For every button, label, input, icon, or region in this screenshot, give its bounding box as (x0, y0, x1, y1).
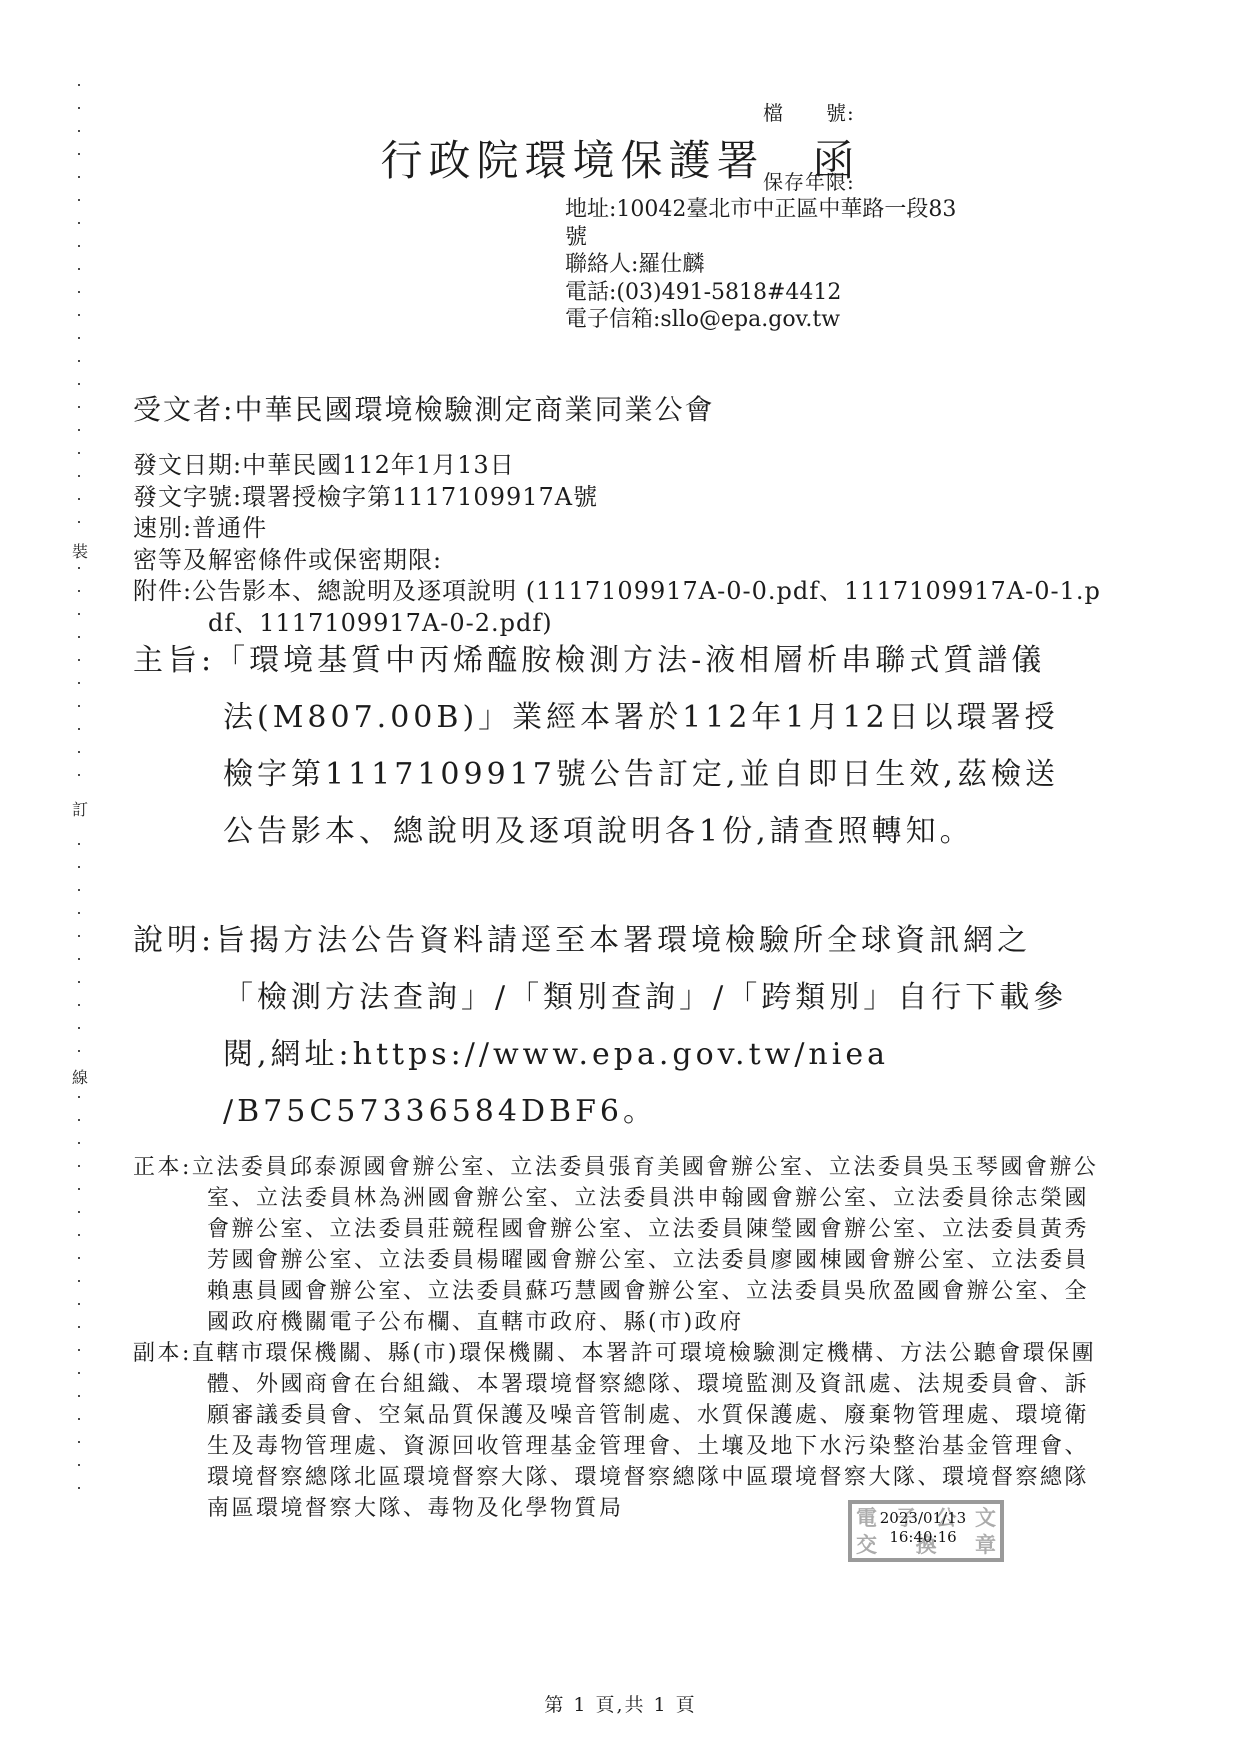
recipient-label: 受文者: (133, 393, 234, 426)
carbon-copy-recipients: 副本:直轄市環保機關、縣(市)環保機關、本署許可環境檢驗測定機構、方法公聽會環保… (133, 1338, 1108, 1524)
stamp-time: 16:40:16 (852, 1528, 994, 1547)
sender-phone: 電話:(03)491-5818#4412 (565, 279, 965, 307)
subject-label: 主旨: (133, 643, 215, 678)
electronic-exchange-stamp: 電子公文 交換章 2023/01/13 16:40:16 (848, 1500, 1004, 1562)
binding-mark-ding: 訂 (66, 792, 94, 825)
copies-block: 正本:立法委員邱泰源國會辦公室、立法委員張育美國會辦公室、立法委員吳玉琴國會辦公… (133, 1152, 1108, 1524)
explanation-text: 旨揭方法公告資料請逕至本署環境檢驗所全球資訊網之「檢測方法查詢」/「類別查詢」/… (215, 923, 1067, 1129)
attachment-label: 附件: (133, 577, 192, 605)
explanation-paragraph: 說明:旨揭方法公告資料請逕至本署環境檢驗所全球資訊網之「檢測方法查詢」/「類別查… (133, 912, 1078, 1140)
binding-mark-xian: 線 (66, 1060, 94, 1093)
security-class-line: 密等及解密條件或保密期限: (133, 545, 1113, 577)
recipient-line: 受文者:中華民國環境檢驗測定商業同業公會 (133, 388, 714, 428)
official-letter-page: 裝 訂 線 檔 號: 保存年限: 行政院環境保護署 函 地址:10042臺北市中… (0, 0, 1241, 1754)
document-title: 行政院環境保護署 函 (0, 128, 1241, 188)
speed-class-line: 速別:普通件 (133, 513, 1113, 545)
recipient-name: 中華民國環境檢驗測定商業同業公會 (234, 393, 714, 426)
sender-info-block: 地址:10042臺北市中正區中華路一段83號 聯絡人:羅仕麟 電話:(03)49… (565, 196, 965, 334)
sender-email: 電子信箱:sllo@epa.gov.tw (565, 306, 965, 334)
original-copy-recipients: 正本:立法委員邱泰源國會辦公室、立法委員張育美國會辦公室、立法委員吳玉琴國會辦公… (133, 1152, 1108, 1338)
stamp-date: 2023/01/13 (852, 1509, 994, 1528)
stamp-datetime: 2023/01/13 16:40:16 (852, 1509, 994, 1547)
carbon-copy-list: 直轄市環保機關、縣(市)環保機關、本署許可環境檢驗測定機構、方法公聽會環保團體、… (192, 1341, 1096, 1521)
explanation-label: 說明: (133, 923, 215, 958)
meta-block: 發文日期:中華民國112年1月13日 發文字號:環署授檢字第1117109917… (133, 450, 1113, 639)
carbon-copy-label: 副本: (133, 1341, 192, 1366)
attachment-list: 公告影本、總說明及逐項說明 (1117109917A-0-0.pdf、11171… (192, 577, 1101, 637)
original-copy-label: 正本: (133, 1155, 192, 1180)
page-footer: 第 1 頁,共 1 頁 (0, 1690, 1241, 1717)
sender-contact-person: 聯絡人:羅仕麟 (565, 251, 965, 279)
doc-number-line: 發文字號:環署授檢字第1117109917A號 (133, 482, 1113, 514)
attachment-line: 附件:公告影本、總說明及逐項說明 (1117109917A-0-0.pdf、11… (133, 576, 1113, 639)
original-copy-list: 立法委員邱泰源國會辦公室、立法委員張育美國會辦公室、立法委員吳玉琴國會辦公室、立… (192, 1155, 1099, 1335)
subject-paragraph: 主旨:「環境基質中丙烯醯胺檢測方法-液相層析串聯式質譜儀法(M807.00B)」… (133, 632, 1078, 860)
issue-date-line: 發文日期:中華民國112年1月13日 (133, 450, 1113, 482)
subject-text: 「環境基質中丙烯醯胺檢測方法-液相層析串聯式質譜儀法(M807.00B)」業經本… (215, 643, 1059, 849)
file-no-label: 檔 號: (763, 102, 855, 125)
sender-address: 地址:10042臺北市中正區中華路一段83號 (565, 196, 965, 251)
binding-mark-zhuang: 裝 (66, 534, 94, 567)
